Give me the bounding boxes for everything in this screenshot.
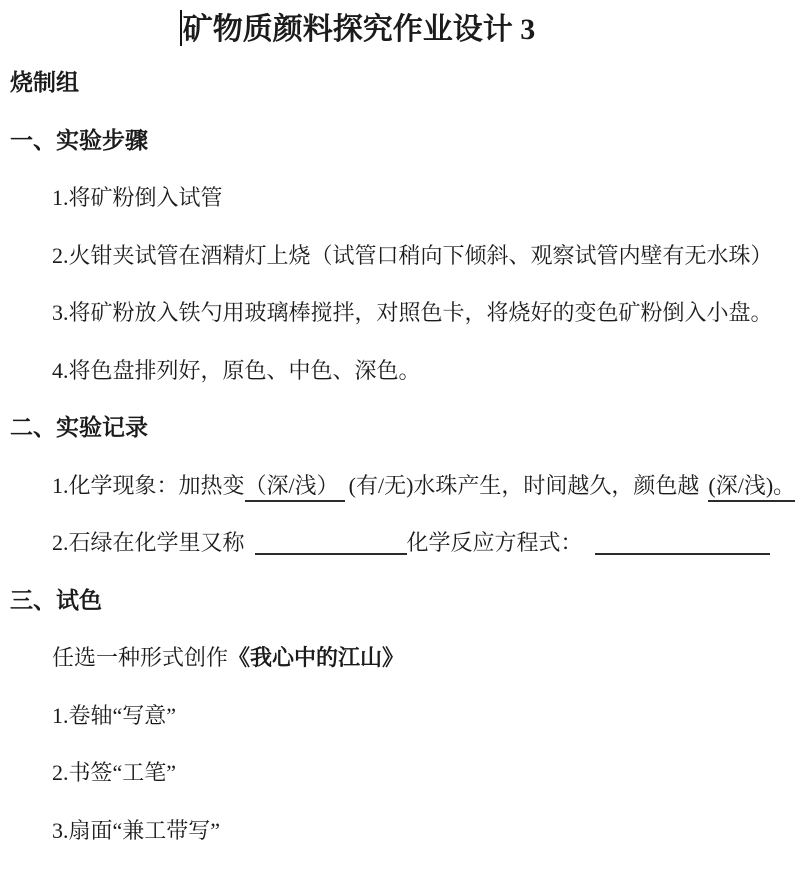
- step-item-3: 3.将矿粉放入铁勺用玻璃棒搅拌，对照色卡，将烧好的变色矿粉倒入小盘。: [0, 284, 800, 342]
- step-item-4: 4.将色盘排列好，原色、中色、深色。: [0, 342, 800, 400]
- fill-in-blank-line-2: [595, 531, 770, 555]
- document-page[interactable]: 矿物质颜料探究作业设计 3 烧制组 一、实验步骤 1.将矿粉倒入试管 2.火钳夹…: [0, 0, 800, 876]
- intro-plain-text: 任选一种形式创作: [52, 645, 228, 670]
- record2-pre: 2.石绿在化学里又称: [52, 530, 245, 555]
- page-title: 矿物质颜料探究作业设计 3: [0, 6, 715, 54]
- section-heading-record: 二、实验记录: [0, 399, 800, 457]
- color-test-intro: 任选一种形式创作《我心中的江山》: [0, 629, 800, 687]
- record1-pre: 1.化学现象：加热变: [52, 473, 245, 498]
- record-item-2: 2.石绿在化学里又称化学反应方程式：: [0, 514, 800, 572]
- record1-underlined-choice-1: （深/浅）: [245, 473, 345, 502]
- section-heading-color-test: 三、试色: [0, 572, 800, 630]
- fill-in-blank-line-1: [255, 531, 407, 555]
- record1-underlined-choice-2: (深/浅)。: [708, 473, 795, 502]
- record-item-1: 1.化学现象：加热变（深/浅）(有/无)水珠产生，时间越久，颜色越(深/浅)。: [0, 457, 800, 515]
- record2-mid: 化学反应方程式：: [407, 530, 583, 555]
- intro-bold-book-title: 《我心中的江山》: [228, 645, 404, 670]
- step-item-2: 2.火钳夹试管在酒精灯上烧（试管口稍向下倾斜、观察试管内壁有无水珠）: [0, 227, 800, 285]
- step-item-1: 1.将矿粉倒入试管: [0, 169, 800, 227]
- section-heading-steps: 一、实验步骤: [0, 112, 800, 170]
- option-item-2: 2.书签“工笔”: [0, 744, 800, 802]
- page-title-text: 矿物质颜料探究作业设计 3: [183, 13, 536, 46]
- option-item-1: 1.卷轴“写意”: [0, 687, 800, 745]
- option-item-3: 3.扇面“兼工带写”: [0, 802, 800, 860]
- record1-mid: (有/无)水珠产生，时间越久，颜色越: [349, 473, 700, 498]
- group-heading: 烧制组: [0, 54, 800, 112]
- text-cursor-caret: [180, 10, 182, 46]
